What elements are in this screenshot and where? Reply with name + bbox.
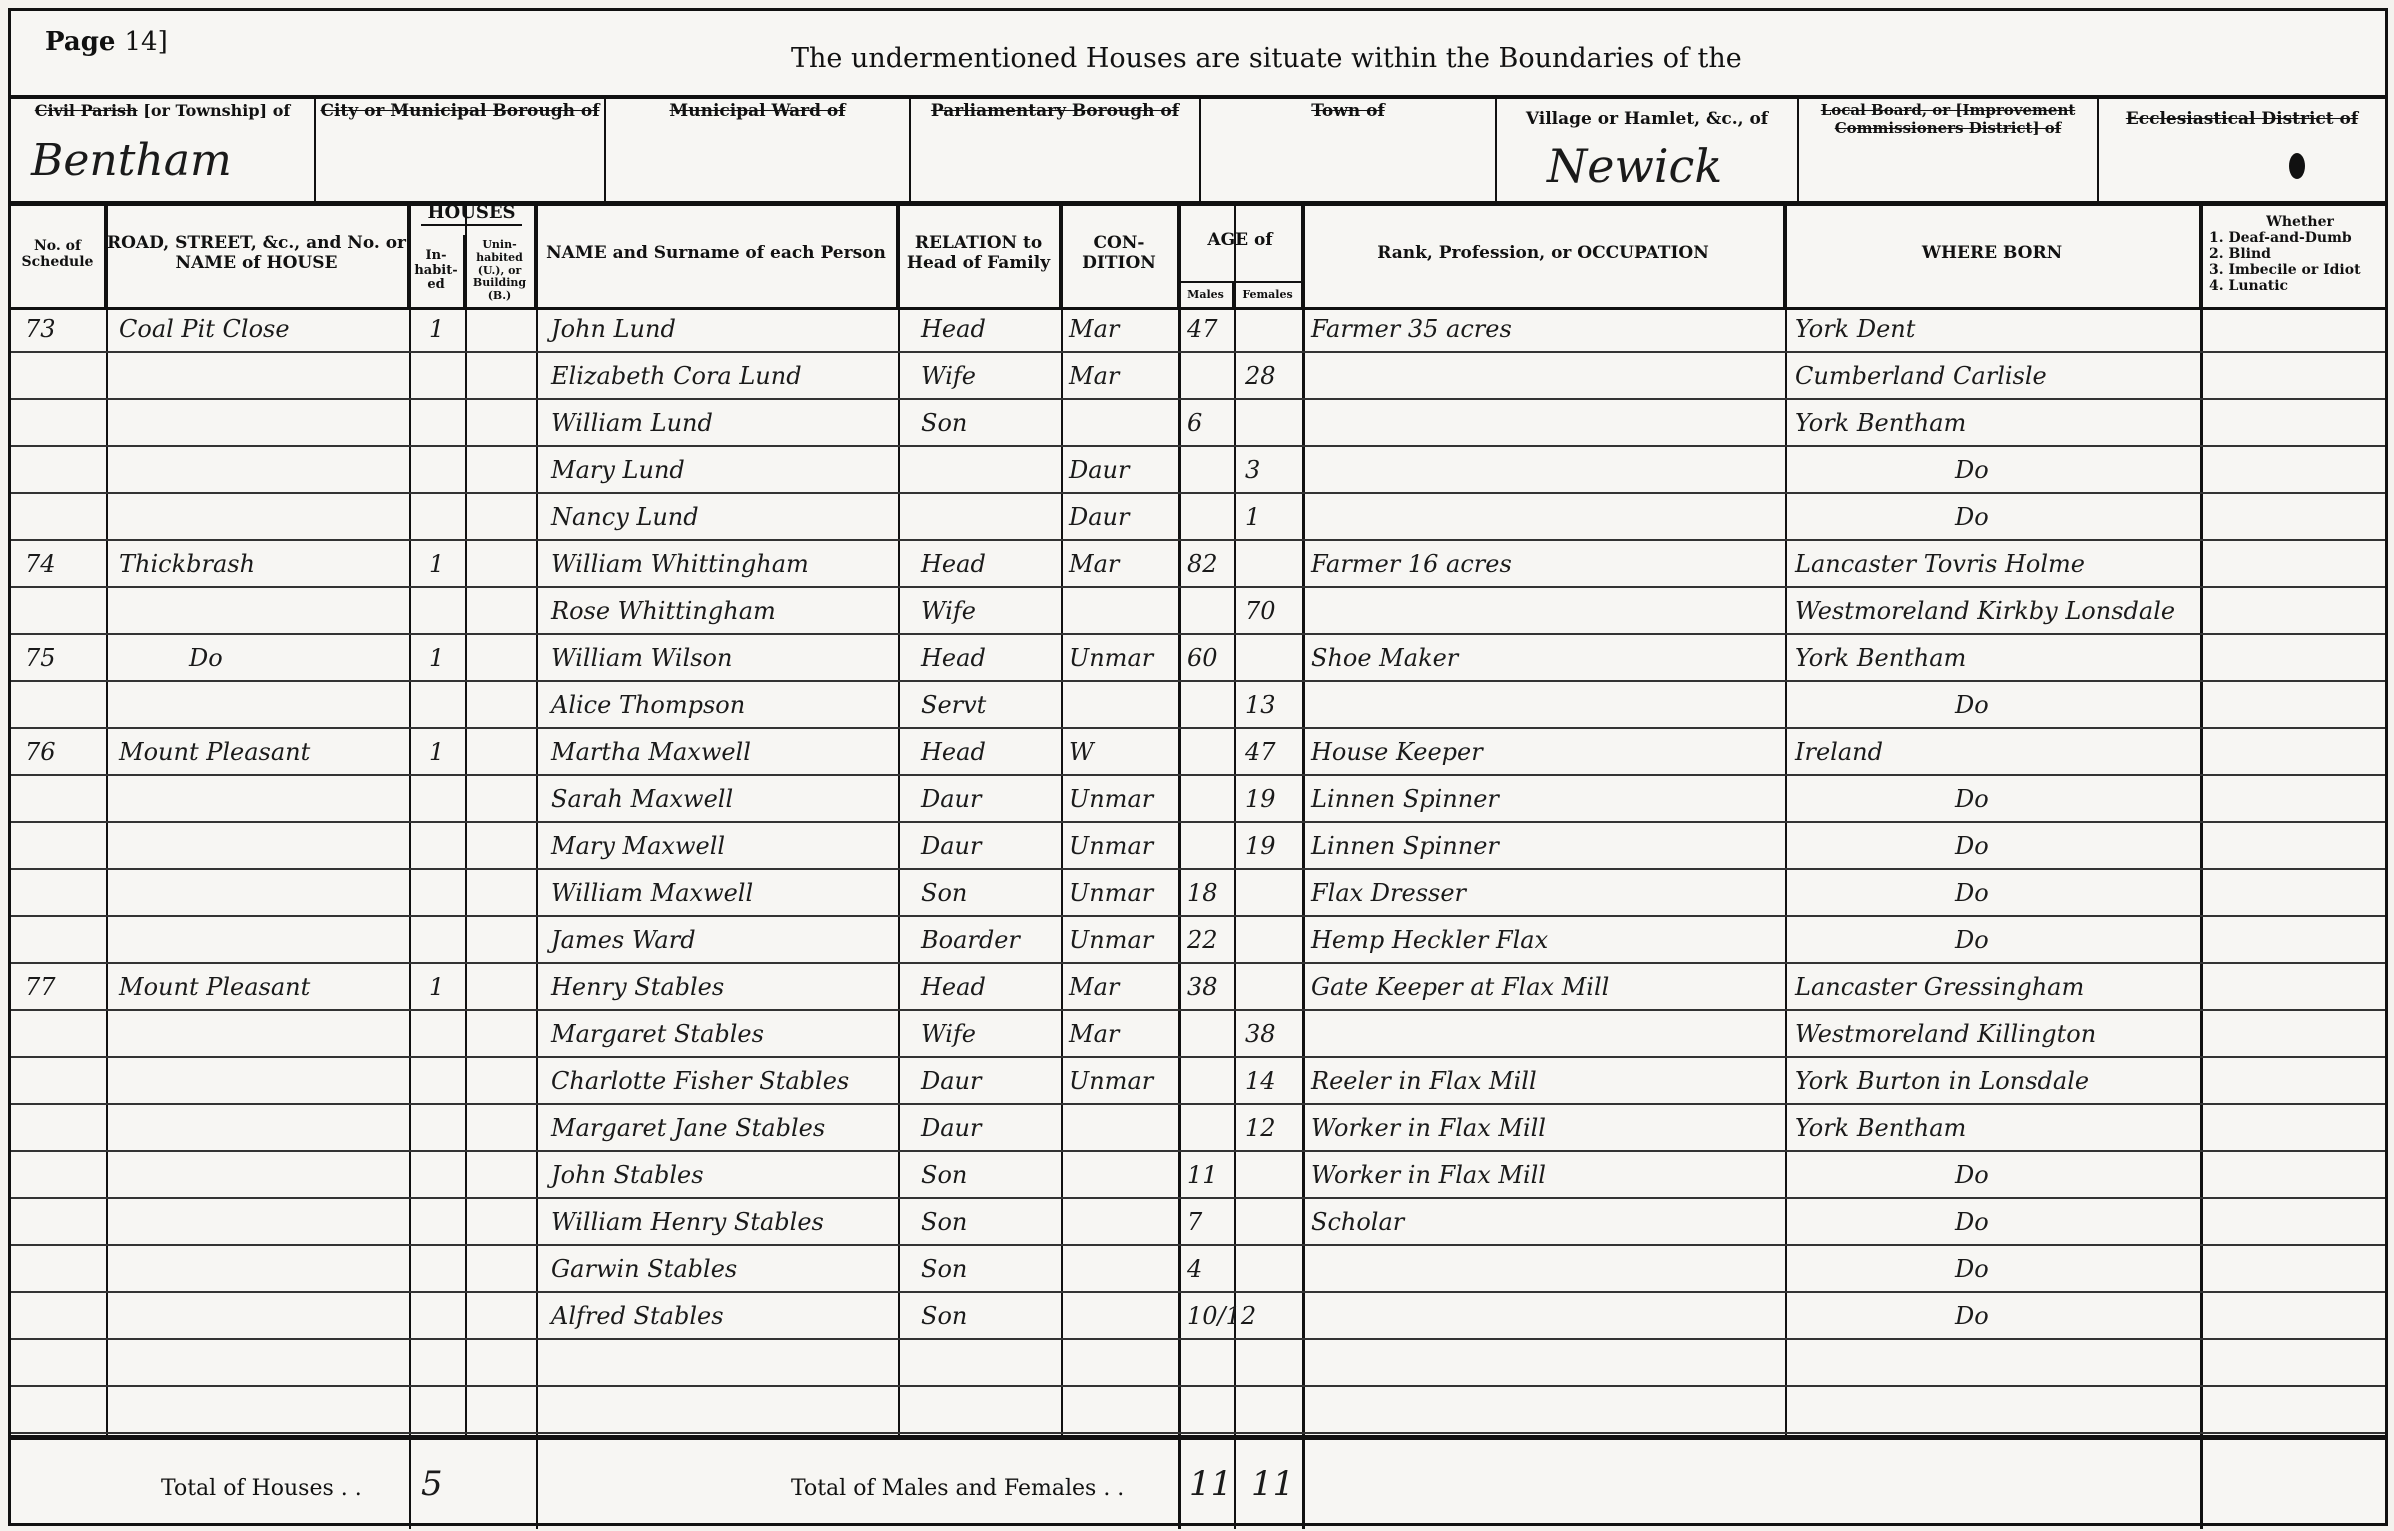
male-age-cell: 7 — [1187, 1200, 1202, 1244]
name-cell: Alfred Stables — [551, 1294, 724, 1338]
total-persons-label: Total of Males and Females . . — [791, 1476, 1124, 1501]
road-cell: Thickbrash — [119, 542, 255, 586]
relation-cell: Head — [921, 542, 986, 586]
where-born-cell: Do — [1955, 1247, 1989, 1291]
header-name: NAME and Surname of each Person — [536, 201, 898, 307]
name-cell: Alice Thompson — [551, 683, 745, 727]
table-row: William Henry StablesSon7ScholarDo — [11, 1200, 2385, 1246]
relation-cell: Servt — [921, 683, 986, 727]
total-houses-value: 5 — [421, 1464, 443, 1504]
header-infirmity: Whether 1. Deaf-and-Dumb 2. Blind 3. Imb… — [2201, 201, 2391, 307]
page-label: Page — [45, 27, 115, 57]
road-cell: Mount Pleasant — [119, 730, 310, 774]
table-row: William LundSon6York Bentham — [11, 401, 2385, 447]
name-cell: William Whittingham — [551, 542, 809, 586]
female-age-cell: 19 — [1245, 824, 1276, 868]
table-row: William MaxwellSonUnmar18Flax DresserDo — [11, 871, 2385, 917]
condition-cell: Unmar — [1069, 777, 1153, 821]
inhabited-cell: 1 — [429, 542, 444, 586]
relation-cell: Son — [921, 1294, 967, 1338]
occupation-cell: Flax Dresser — [1311, 871, 1466, 915]
table-row: Rose WhittinghamWife70Westmoreland Kirkb… — [11, 589, 2385, 635]
table-row: Alice ThompsonServt13Do — [11, 683, 2385, 729]
male-age-cell: 38 — [1187, 965, 1218, 1009]
name-cell: Nancy Lund — [551, 495, 699, 539]
name-cell: James Ward — [551, 918, 696, 962]
total-males-value: 11 — [1189, 1464, 1232, 1504]
inhabited-cell: 1 — [429, 636, 444, 680]
male-age-cell: 60 — [1187, 636, 1218, 680]
occupation-cell: Farmer 16 acres — [1311, 542, 1512, 586]
schedule-cell: 73 — [25, 307, 56, 351]
where-born-cell: Lancaster Tovris Holme — [1795, 542, 2085, 586]
header-condition: CON-DITION — [1061, 201, 1179, 307]
header-uninhabited: Unin-habited (U.), or Building (B.) — [465, 235, 536, 307]
table-row: 74Thickbrash1William WhittinghamHeadMar8… — [11, 542, 2385, 588]
table-row: Charlotte Fisher StablesDaurUnmar14Reele… — [11, 1059, 2385, 1105]
where-born-cell: Lancaster Gressingham — [1795, 965, 2084, 1009]
where-born-cell: York Dent — [1795, 307, 1915, 351]
male-age-cell: 47 — [1187, 307, 1218, 351]
boundary-civil-parish: Civil Parish [or Township] of Bentham — [11, 95, 316, 201]
header-males: Males — [1179, 281, 1234, 307]
road-cell: Do — [189, 636, 223, 680]
table-row: Mary MaxwellDaurUnmar19Linnen SpinnerDo — [11, 824, 2385, 870]
where-born-cell: Do — [1955, 824, 1989, 868]
total-houses-label: Total of Houses . . — [161, 1476, 362, 1501]
relation-cell: Son — [921, 1247, 967, 1291]
road-cell: Coal Pit Close — [119, 307, 290, 351]
relation-cell: Daur — [921, 1059, 981, 1103]
where-born-cell: Westmoreland Killington — [1795, 1012, 2096, 1056]
where-born-cell: Do — [1955, 1153, 1989, 1197]
name-cell: William Wilson — [551, 636, 732, 680]
table-row: Nancy LundDaur1Do — [11, 495, 2385, 541]
male-age-cell: 6 — [1187, 401, 1202, 445]
relation-cell: Wife — [921, 589, 976, 633]
infirmity-option: 4. Lunatic — [2209, 278, 2288, 294]
condition-cell: Unmar — [1069, 1059, 1153, 1103]
occupation-cell: Reeler in Flax Mill — [1311, 1059, 1537, 1103]
occupation-cell: Scholar — [1311, 1200, 1404, 1244]
inhabited-cell: 1 — [429, 965, 444, 1009]
male-age-cell: 11 — [1187, 1153, 1218, 1197]
table-row: James WardBoarderUnmar22Hemp Heckler Fla… — [11, 918, 2385, 964]
table-row: 75Do1William WilsonHeadUnmar60Shoe Maker… — [11, 636, 2385, 682]
name-cell: Charlotte Fisher Stables — [551, 1059, 849, 1103]
condition-cell: W — [1069, 730, 1094, 774]
relation-cell: Son — [921, 401, 967, 445]
header-inhabited: In-habit-ed — [409, 235, 465, 307]
where-born-cell: Westmoreland Kirkby Lonsdale — [1795, 589, 2175, 633]
boundary-municipal-ward: Municipal Ward of — [606, 95, 911, 201]
female-age-cell: 12 — [1245, 1106, 1276, 1150]
column-headers: No. of Schedule ROAD, STREET, &c., and N… — [11, 201, 2385, 310]
condition-cell: Unmar — [1069, 918, 1153, 962]
condition-cell: Mar — [1069, 1012, 1119, 1056]
boundary-label: Civil Parish [or Township] of — [11, 101, 314, 120]
struck-text: Civil Parish — [35, 101, 138, 120]
schedule-cell: 77 — [25, 965, 56, 1009]
table-row — [11, 1341, 2385, 1387]
occupation-cell: Hemp Heckler Flax — [1311, 918, 1548, 962]
boundary-label: City or Municipal Borough of — [316, 101, 604, 121]
relation-cell: Head — [921, 636, 986, 680]
page-headline: The undermentioned Houses are situate wi… — [791, 43, 1742, 74]
header-where-born: WHERE BORN — [1785, 201, 2201, 307]
condition-cell: Mar — [1069, 965, 1119, 1009]
boundaries-band: Civil Parish [or Township] of Bentham Ci… — [11, 95, 2385, 206]
relation-cell: Head — [921, 965, 986, 1009]
inhabited-cell: 1 — [429, 730, 444, 774]
infirmity-title: Whether — [2266, 214, 2334, 230]
table-row: Alfred StablesSon10/12Do — [11, 1294, 2385, 1340]
boundary-village: Village or Hamlet, &c., of Newick — [1497, 95, 1799, 201]
boundary-value: Newick — [1547, 139, 1722, 193]
header-schedule: No. of Schedule — [11, 201, 106, 307]
boundary-value: Bentham — [31, 135, 232, 186]
condition-cell: Mar — [1069, 354, 1119, 398]
where-born-cell: Do — [1955, 495, 1989, 539]
male-age-cell: 18 — [1187, 871, 1218, 915]
name-cell: Rose Whittingham — [551, 589, 776, 633]
female-age-cell: 19 — [1245, 777, 1276, 821]
female-age-cell: 3 — [1245, 448, 1260, 492]
condition-cell: Daur — [1069, 495, 1129, 539]
female-age-cell: 28 — [1245, 354, 1276, 398]
boundary-label: Town of — [1201, 101, 1495, 121]
table-row: 77Mount Pleasant1Henry StablesHeadMar38G… — [11, 965, 2385, 1011]
name-cell: John Lund — [551, 307, 676, 351]
boundary-label: Local Board, or [Improvement Commissione… — [1799, 101, 2097, 137]
table-row: 76Mount Pleasant1Martha MaxwellHeadW47Ho… — [11, 730, 2385, 776]
relation-cell: Wife — [921, 354, 976, 398]
table-row: Mary LundDaur3Do — [11, 448, 2385, 494]
where-born-cell: Do — [1955, 1200, 1989, 1244]
relation-cell: Head — [921, 730, 986, 774]
houses-label: HOUSES — [421, 203, 521, 226]
table-row: Margaret StablesWifeMar38Westmoreland Ki… — [11, 1012, 2385, 1058]
where-born-cell: Do — [1955, 871, 1989, 915]
name-cell: Elizabeth Cora Lund — [551, 354, 802, 398]
female-age-cell: 1 — [1245, 495, 1260, 539]
male-age-cell: 82 — [1187, 542, 1218, 586]
relation-cell: Daur — [921, 1106, 981, 1150]
occupation-cell: Worker in Flax Mill — [1311, 1106, 1546, 1150]
table-row: Elizabeth Cora LundWifeMar28Cumberland C… — [11, 354, 2385, 400]
where-born-cell: Do — [1955, 1294, 1989, 1338]
female-age-cell: 70 — [1245, 589, 1276, 633]
name-cell: Martha Maxwell — [551, 730, 751, 774]
female-age-cell: 14 — [1245, 1059, 1276, 1103]
table-row — [11, 1388, 2385, 1434]
male-age-cell: 10/12 — [1187, 1294, 1256, 1338]
condition-cell: Mar — [1069, 307, 1119, 351]
name-cell: Margaret Jane Stables — [551, 1106, 825, 1150]
totals-band: Total of Houses . . 5 Total of Males and… — [11, 1435, 2385, 1531]
boundary-label: Village or Hamlet, &c., of — [1497, 109, 1797, 129]
where-born-cell: York Bentham — [1795, 1106, 1966, 1150]
table-row: Garwin StablesSon4Do — [11, 1247, 2385, 1293]
page-number: Page 14] — [45, 27, 168, 57]
table-row: 73Coal Pit Close1John LundHeadMar47Farme… — [11, 307, 2385, 353]
female-age-cell: 47 — [1245, 730, 1276, 774]
occupation-cell: Linnen Spinner — [1311, 777, 1499, 821]
condition-cell: Unmar — [1069, 871, 1153, 915]
name-cell: William Lund — [551, 401, 713, 445]
boundary-parliamentary-borough: Parliamentary Borough of — [911, 95, 1201, 201]
infirmity-option: 2. Blind — [2209, 246, 2271, 262]
infirmity-option: 1. Deaf-and-Dumb — [2209, 230, 2352, 246]
occupation-cell: Gate Keeper at Flax Mill — [1311, 965, 1609, 1009]
where-born-cell: York Bentham — [1795, 401, 1966, 445]
where-born-cell: Cumberland Carlisle — [1795, 354, 2047, 398]
schedule-cell: 74 — [25, 542, 56, 586]
relation-cell: Boarder — [921, 918, 1020, 962]
page-number-value: 14] — [124, 27, 167, 57]
road-cell: Mount Pleasant — [119, 965, 310, 1009]
infirmity-option: 3. Imbecile or Idiot — [2209, 262, 2361, 278]
total-females-value: 11 — [1251, 1464, 1294, 1504]
name-cell: Margaret Stables — [551, 1012, 764, 1056]
ink-blot-icon — [2289, 153, 2305, 179]
header-relation: RELATION to Head of Family — [898, 201, 1061, 307]
where-born-cell: Do — [1955, 918, 1989, 962]
occupation-cell: House Keeper — [1311, 730, 1483, 774]
relation-cell: Son — [921, 871, 967, 915]
occupation-cell: Linnen Spinner — [1311, 824, 1499, 868]
where-born-cell: Do — [1955, 448, 1989, 492]
where-born-cell: Do — [1955, 683, 1989, 727]
where-born-cell: Do — [1955, 777, 1989, 821]
header-age: AGE of — [1179, 201, 1303, 281]
table-row: Sarah MaxwellDaurUnmar19Linnen SpinnerDo — [11, 777, 2385, 823]
name-cell: William Henry Stables — [551, 1200, 824, 1244]
name-cell: Garwin Stables — [551, 1247, 737, 1291]
boundary-local-board: Local Board, or [Improvement Commissione… — [1799, 95, 2099, 201]
name-cell: Mary Lund — [551, 448, 685, 492]
census-page: Page 14] The undermentioned Houses are s… — [8, 8, 2388, 1526]
occupation-cell: Worker in Flax Mill — [1311, 1153, 1546, 1197]
female-age-cell: 38 — [1245, 1012, 1276, 1056]
where-born-cell: York Bentham — [1795, 636, 1966, 680]
inhabited-cell: 1 — [429, 307, 444, 351]
name-cell: William Maxwell — [551, 871, 753, 915]
schedule-cell: 76 — [25, 730, 56, 774]
boundary-ecclesiastical: Ecclesiastical District of — [2099, 95, 2385, 201]
title-band: Page 14] The undermentioned Houses are s… — [11, 11, 2385, 99]
female-age-cell: 13 — [1245, 683, 1276, 727]
table-row: John StablesSon11Worker in Flax MillDo — [11, 1153, 2385, 1199]
boundary-label: Parliamentary Borough of — [911, 101, 1199, 121]
boundary-label: Municipal Ward of — [606, 101, 909, 121]
header-females: Females — [1234, 281, 1303, 307]
occupation-cell: Shoe Maker — [1311, 636, 1458, 680]
relation-cell: Daur — [921, 777, 981, 821]
male-age-cell: 4 — [1187, 1247, 1202, 1291]
relation-cell: Son — [921, 1153, 967, 1197]
condition-cell: Unmar — [1069, 824, 1153, 868]
male-age-cell: 22 — [1187, 918, 1218, 962]
condition-cell: Unmar — [1069, 636, 1153, 680]
name-cell: John Stables — [551, 1153, 704, 1197]
relation-cell: Head — [921, 307, 986, 351]
boundary-label: Ecclesiastical District of — [2099, 109, 2385, 129]
relation-cell: Wife — [921, 1012, 976, 1056]
schedule-cell: 75 — [25, 636, 56, 680]
header-road: ROAD, STREET, &c., and No. or NAME of HO… — [106, 201, 409, 307]
boundary-municipal-borough: City or Municipal Borough of — [316, 95, 606, 201]
relation-cell: Daur — [921, 824, 981, 868]
relation-cell: Son — [921, 1200, 967, 1244]
where-born-cell: York Burton in Lonsdale — [1795, 1059, 2089, 1103]
condition-cell: Mar — [1069, 542, 1119, 586]
header-occupation: Rank, Profession, or OCCUPATION — [1303, 201, 1785, 307]
boundary-town: Town of — [1201, 95, 1497, 201]
condition-cell: Daur — [1069, 448, 1129, 492]
name-cell: Sarah Maxwell — [551, 777, 733, 821]
name-cell: Mary Maxwell — [551, 824, 725, 868]
table-row: Margaret Jane StablesDaur12Worker in Fla… — [11, 1106, 2385, 1152]
where-born-cell: Ireland — [1795, 730, 1883, 774]
name-cell: Henry Stables — [551, 965, 724, 1009]
occupation-cell: Farmer 35 acres — [1311, 307, 1512, 351]
